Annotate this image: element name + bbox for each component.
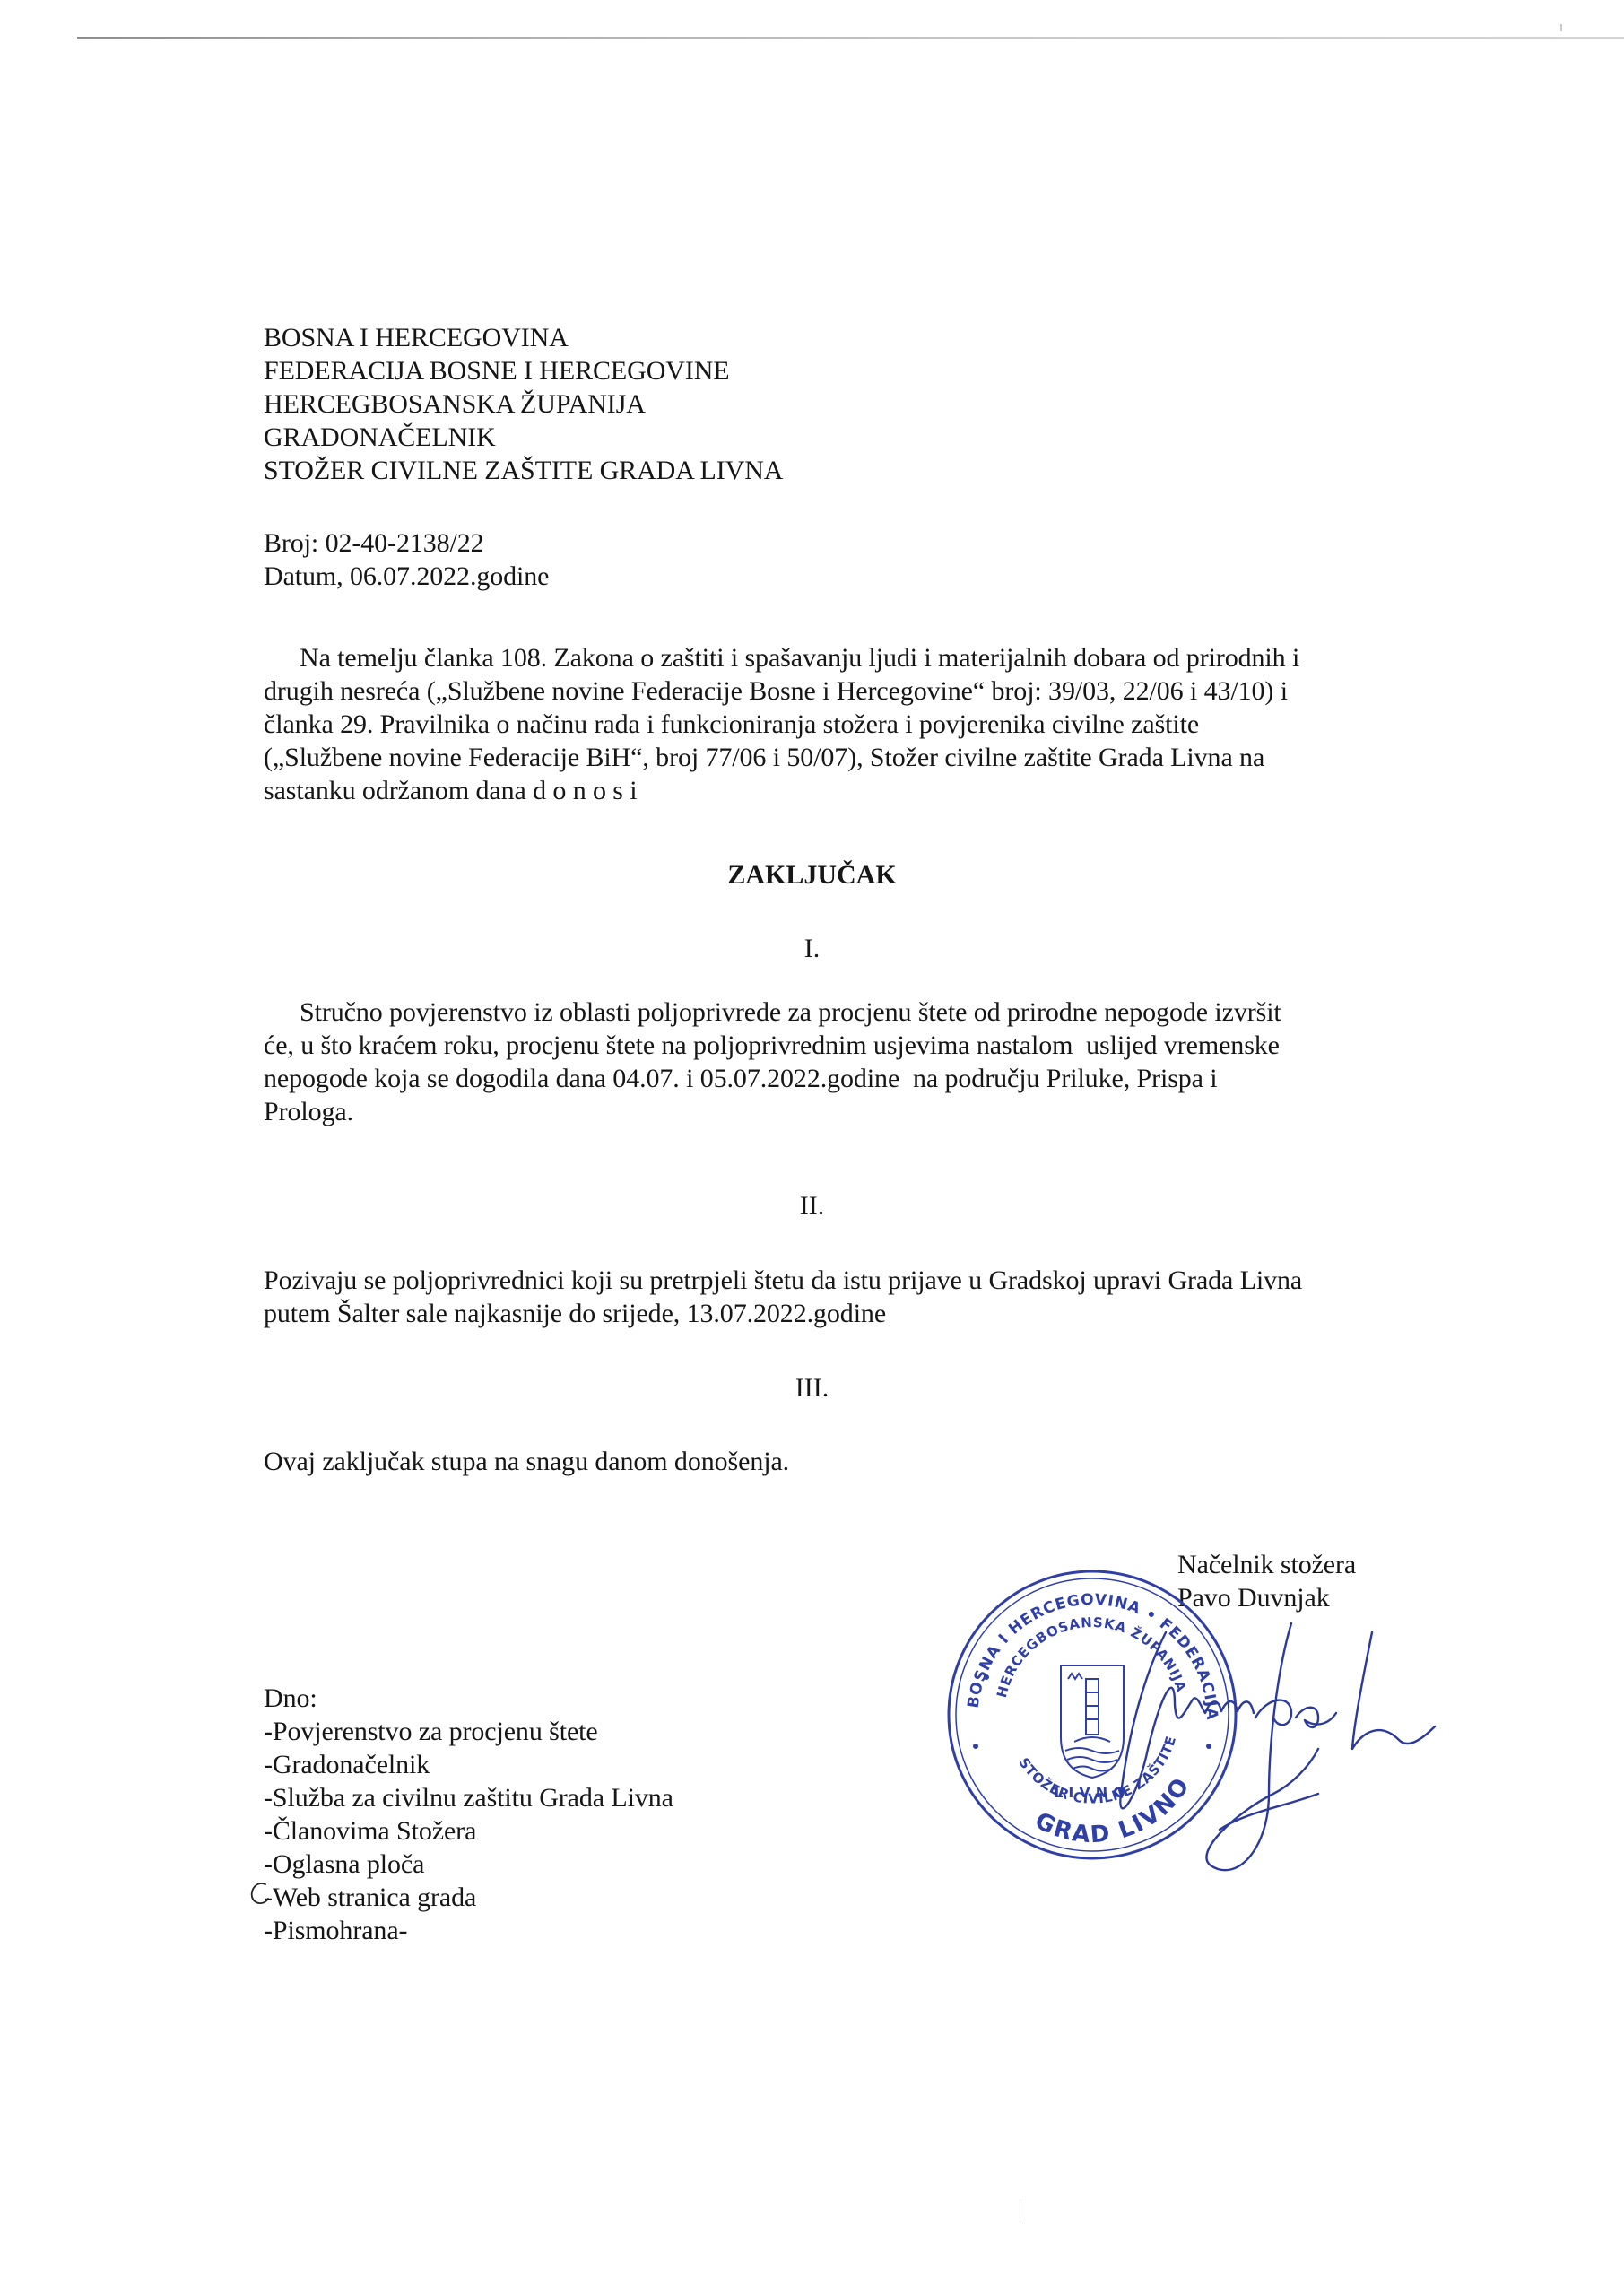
distribution-item: -Povjerenstvo za procjenu štete [264, 1716, 598, 1748]
section-line: putem Šalter sale najkasnije do srijede,… [264, 1298, 886, 1330]
handwritten-signature-icon [1112, 1614, 1453, 1901]
distribution-item: -Gradonačelnik [264, 1749, 430, 1781]
document-number: Broj: 02-40-2138/22 [264, 527, 484, 560]
distribution-item: -Članovima Stožera [264, 1815, 476, 1848]
preamble-line: („Službene novine Federacije BiH“, broj … [264, 742, 1264, 774]
scan-artifact [1560, 24, 1562, 31]
distribution-item: -Web stranica grada [264, 1882, 476, 1914]
header-line-headquarters: STOŽER CIVILNE ZAŠTITE GRADA LIVNA [264, 455, 783, 487]
header-line-federation: FEDERACIJA BOSNE I HERCEGOVINE [264, 355, 730, 387]
preamble-line: drugih nesreća („Službene novine Federac… [264, 675, 1288, 708]
handwritten-check-mark-icon [249, 1881, 271, 1906]
distribution-item: -Oglasna ploča [264, 1848, 424, 1881]
document-title: ZAKLJUČAK [0, 859, 1624, 891]
preamble-line: sastanku održanom dana d o n o s i [264, 775, 638, 807]
document-date: Datum, 06.07.2022.godine [264, 561, 549, 593]
distribution-heading: Dno: [264, 1683, 317, 1715]
section-line: će, u što kraćem roku, procjenu štete na… [264, 1030, 1280, 1062]
scan-artifact [1020, 2199, 1020, 2219]
distribution-item: -Služba za civilnu zaštitu Grada Livna [264, 1782, 673, 1814]
header-line-county: HERCEGBOSANSKA ŽUPANIJA [264, 388, 646, 421]
scan-edge-line [77, 37, 1624, 39]
distribution-item: -Pismohrana- [264, 1915, 407, 1947]
section-numeral: III. [0, 1372, 1624, 1405]
preamble-line: Na temelju članka 108. Zakona o zaštiti … [300, 642, 1299, 674]
section-line: Ovaj zaključak stupa na snagu danom dono… [264, 1446, 789, 1478]
header-line-country: BOSNA I HERCEGOVINA [264, 322, 569, 354]
header-line-mayor: GRADONAČELNIK [264, 422, 496, 454]
section-line: Prologa. [264, 1096, 353, 1128]
preamble-line: članka 29. Pravilnika o načinu rada i fu… [264, 709, 1199, 741]
section-line: Pozivaju se poljoprivrednici koji su pre… [264, 1265, 1302, 1297]
section-numeral: I. [0, 933, 1624, 965]
section-line: nepogode koja se dogodila dana 04.07. i … [264, 1063, 1218, 1095]
section-numeral: II. [0, 1190, 1624, 1222]
section-line: Stručno povjerenstvo iz oblasti poljopri… [300, 996, 1281, 1029]
